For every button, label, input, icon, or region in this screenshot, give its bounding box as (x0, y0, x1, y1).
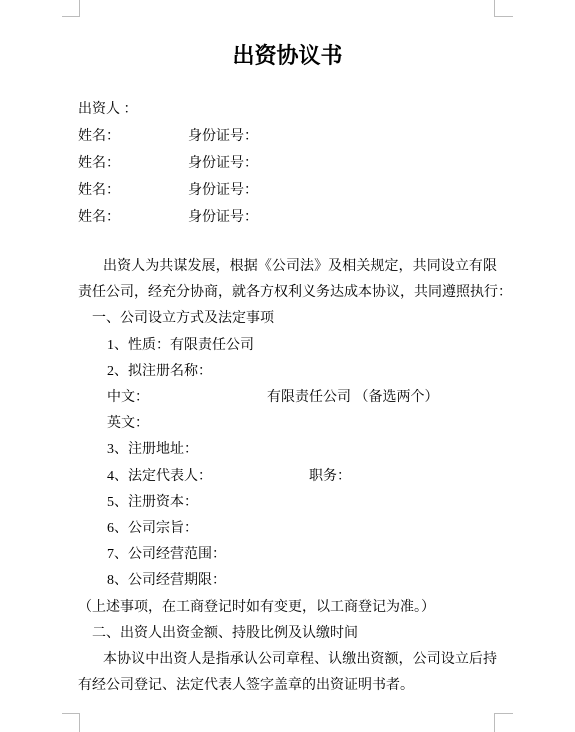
section-2-heading: 二、出资人出资金额、持股比例及认缴时间 (78, 621, 497, 647)
investor-row: 姓名：身份证号： (78, 150, 497, 177)
position-label: 职务： (309, 469, 351, 484)
investor-row: 姓名：身份证号： (78, 177, 497, 204)
name-label: 姓名： (78, 129, 120, 144)
investors-section: 出资人 ： 姓名：身份证号： 姓名：身份证号： 姓名：身份证号： 姓名：身份证号… (78, 96, 497, 231)
document-title: 出资协议书 (78, 42, 497, 69)
legal-representative-label: 4、法定代表人： (107, 469, 212, 484)
name-label: 姓名： (78, 210, 120, 225)
item-5-registered-capital: 5、注册资本： (78, 490, 497, 516)
margin-crop-mark-bottom-right (494, 713, 513, 732)
item-2-registered-name: 2、拟注册名称： (78, 359, 497, 385)
section-1-heading: 一、公司设立方式及法定事项 (78, 306, 497, 332)
item-3-registered-address: 3、注册地址： (78, 437, 497, 463)
investor-row: 姓名：身份证号： (78, 204, 497, 231)
document-page: 出资协议书 出资人 ： 姓名：身份证号： 姓名：身份证号： 姓名：身份证号： 姓… (0, 0, 575, 732)
id-number-label: 身份证号： (188, 156, 258, 171)
chinese-name-value: 有限责任公司 （备选两个） (267, 390, 439, 405)
registration-note: （上述事项，在工商登记时如有变更，以工商登记为准。） (78, 595, 497, 621)
name-label: 姓名： (78, 183, 120, 198)
item-8-business-term: 8、公司经营期限： (78, 568, 497, 594)
id-number-label: 身份证号： (188, 210, 258, 225)
english-name-label: 英文： (78, 411, 497, 437)
margin-crop-mark-bottom-left (62, 713, 80, 732)
preamble-line-2: 责任公司，经充分协商，就各方权利义务达成本协议，共同遵照执行： (78, 280, 497, 306)
item-4-legal-representative: 4、法定代表人：职务： (78, 464, 497, 490)
investor-row: 姓名：身份证号： (78, 123, 497, 150)
item-1-nature: 1、性质：有限责任公司 (78, 333, 497, 359)
name-label: 姓名： (78, 156, 120, 171)
chinese-name-line: 中文：有限责任公司 （备选两个） (78, 385, 497, 411)
chinese-name-label: 中文： (107, 390, 149, 405)
investors-heading: 出资人 ： (78, 96, 497, 123)
id-number-label: 身份证号： (188, 129, 258, 144)
item-6-company-purpose: 6、公司宗旨： (78, 516, 497, 542)
id-number-label: 身份证号： (188, 183, 258, 198)
section-2-para-line-1: 本协议中出资人是指承认公司章程、认缴出资额，公司设立后持 (78, 647, 497, 673)
document-content: 出资协议书 出资人 ： 姓名：身份证号： 姓名：身份证号： 姓名：身份证号： 姓… (78, 0, 497, 699)
agreement-body: 出资人为共谋发展，根据《公司法》及相关规定，共同设立有限 责任公司，经充分协商，… (78, 254, 497, 699)
preamble-line-1: 出资人为共谋发展，根据《公司法》及相关规定，共同设立有限 (78, 254, 497, 280)
section-2-para-line-2: 有经公司登记、法定代表人签字盖章的出资证明书者。 (78, 673, 497, 699)
item-7-business-scope: 7、公司经营范围： (78, 542, 497, 568)
